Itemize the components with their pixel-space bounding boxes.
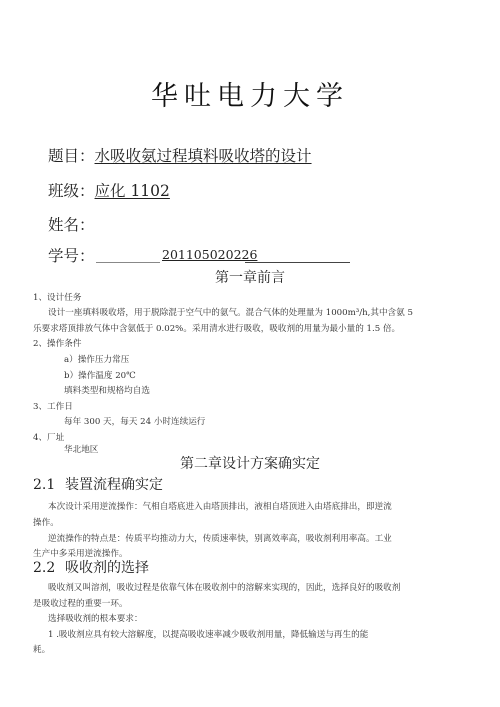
s22-para2: 选择吸收剂的根本要求： [48, 612, 143, 624]
s21-para1-line2: 操作。 [33, 516, 59, 528]
student-id-value: 201105020226 [162, 247, 257, 262]
student-id-underline-right [245, 262, 350, 263]
ch1-item1-line2: 乐要求塔顶排放气体中含氨低于 0.02%。采用清水进行吸收，吸收剂的用量为最小量… [33, 322, 400, 334]
class-value: 应化 1102 [95, 182, 170, 200]
name-label: 姓名： [48, 216, 95, 234]
ch1-item4-heading: 4、厂址 [33, 431, 64, 443]
topic-label: 题目： [48, 147, 95, 165]
s22-item1-line2: 耗。 [33, 643, 50, 655]
ch1-item1-line1: 设计一座填料吸收塔，用于脱除混于空气中的氨气。混合气体的处理量为 1000m³/… [48, 306, 413, 318]
student-id-label: 学号： [48, 247, 95, 265]
ch1-item2-heading: 2、操作条件 [33, 337, 81, 349]
topic-value: 水吸收氨过程填料吸收塔的设计 [95, 147, 312, 165]
name-field: 姓名： [48, 213, 95, 235]
class-label: 班级： [48, 182, 95, 200]
student-id-field: 学号： [48, 244, 95, 266]
student-id-underline-left [96, 262, 160, 263]
university-title: 华吐电力大学 [0, 74, 500, 113]
s21-para2-line1: 逆流操作的特点是：传质平均推动力大，传质速率快，别离效率高，吸收剂利用率高。工业 [48, 532, 392, 544]
ch1-item2-line3: 填料类型和规格均自选 [64, 384, 150, 396]
section-2-2-heading: 2.2吸收剂的选择 [33, 557, 149, 577]
ch1-item3-heading: 3、工作日 [33, 400, 73, 412]
s22-para1-line2: 是吸收过程的重要一环。 [33, 597, 128, 609]
topic-field: 题目：水吸收氨过程填料吸收塔的设计 [48, 144, 312, 166]
ch1-item2-line2: b）操作温度 20℃ [64, 369, 136, 381]
section-2-2-number: 2.2 [33, 560, 65, 576]
ch1-item1-heading: 1、设计任务 [33, 291, 81, 303]
section-2-2-title: 吸收剂的选择 [65, 560, 149, 576]
section-2-1-number: 2.1 [33, 477, 65, 493]
s21-para1-line1: 本次设计采用逆流操作：气相自塔底进入由塔顶排出，液相自塔顶进入由塔底排出，即逆流 [48, 500, 392, 512]
chapter1-title: 第一章前言 [0, 267, 500, 287]
s22-para1-line1: 吸收剂又叫溶剂，吸收过程是依靠气体在吸收剂中的溶解来实现的，因此，选择良好的吸收… [48, 581, 400, 593]
ch1-item2-line1: a）操作压力常压 [64, 353, 129, 365]
class-field: 班级：应化 1102 [48, 179, 170, 201]
ch1-item3-line1: 每年 300 天，每天 24 小时连续运行 [64, 415, 205, 427]
section-2-1-title: 装置流程确实定 [65, 477, 163, 493]
chapter2-title: 第二章设计方案确实定 [0, 453, 500, 473]
section-2-1-heading: 2.1装置流程确实定 [33, 474, 163, 494]
s22-item1-line1: 1 .吸收剂应具有较大溶解度，以提高吸收速率减少吸收剂用量，降低输送与再生的能 [48, 628, 368, 640]
